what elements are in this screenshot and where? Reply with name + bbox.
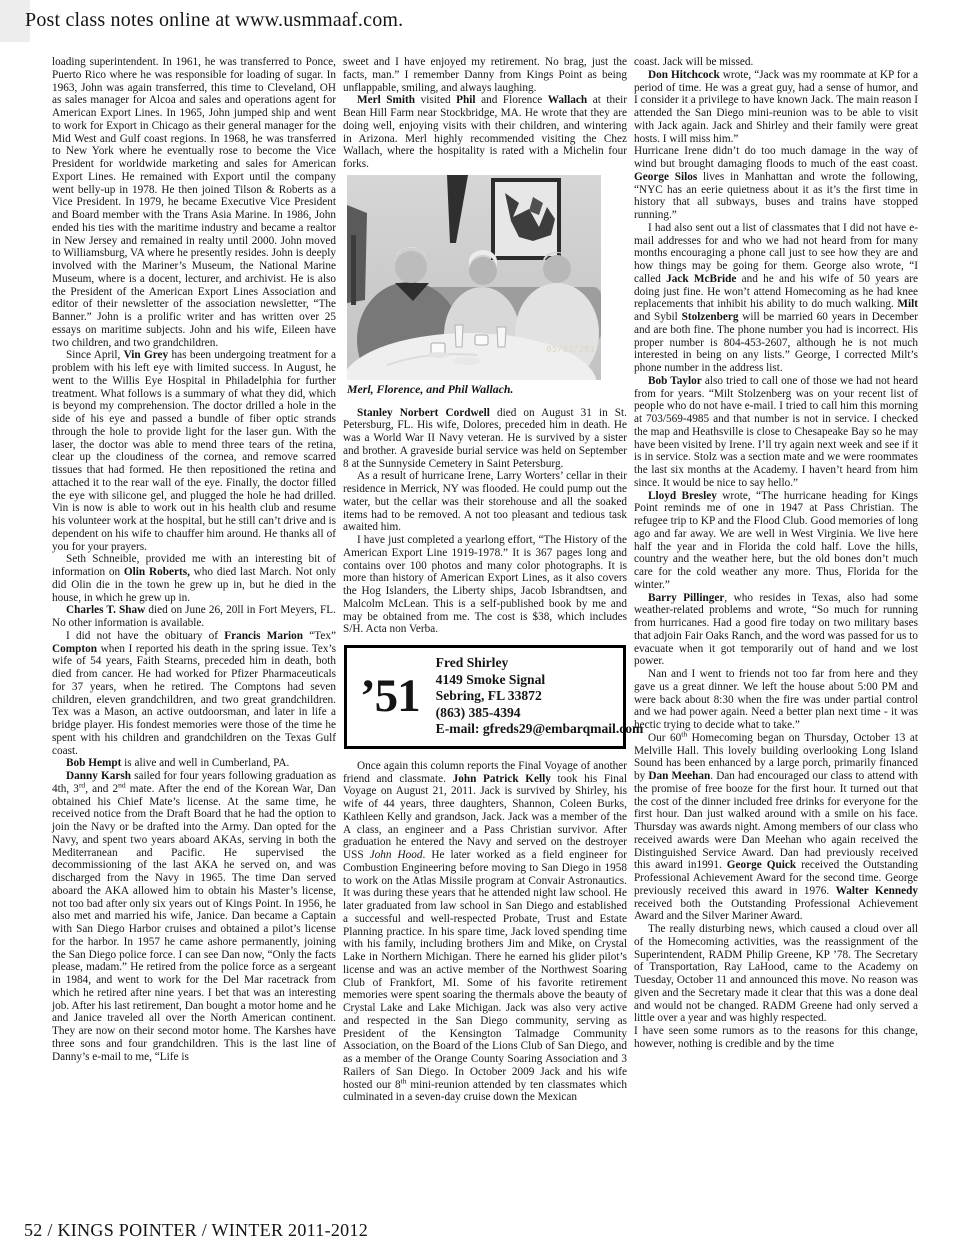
paragraph: Bob Hempt is alive and well in Cumberlan… bbox=[52, 757, 336, 770]
paragraph: The really disturbing news, which caused… bbox=[634, 923, 918, 1025]
class-year: ’51 bbox=[356, 674, 420, 719]
photo-timestamp: 05/01/201 bbox=[546, 345, 595, 355]
page-footer: 52 / KINGS POINTER / WINTER 2011-2012 bbox=[24, 1220, 368, 1241]
column-3: coast. Jack will be missed.Don Hitchcock… bbox=[634, 56, 918, 1104]
secretary-address-line1: 4149 Smoke Signal bbox=[436, 672, 644, 689]
paragraph: Once again this column reports the Final… bbox=[343, 760, 627, 1104]
paragraph: Danny Karsh sailed for four years follow… bbox=[52, 770, 336, 1063]
secretary-phone: (863) 385-4394 bbox=[436, 705, 644, 722]
paragraph: As a result of hurricane Irene, Larry Wo… bbox=[343, 470, 627, 534]
paragraph: Bob Taylor also tried to call one of tho… bbox=[634, 375, 918, 490]
paragraph: coast. Jack will be missed. bbox=[634, 56, 918, 69]
class-photo: 05/01/201 bbox=[347, 175, 601, 380]
class-secretary-contact: Fred Shirley 4149 Smoke Signal Sebring, … bbox=[436, 655, 644, 738]
column-1: loading superintendent. In 1961, he was … bbox=[52, 56, 336, 1104]
secretary-address-line2: Sebring, FL 33872 bbox=[436, 688, 644, 705]
article-columns: loading superintendent. In 1961, he was … bbox=[52, 56, 920, 1104]
secretary-name: Fred Shirley bbox=[436, 655, 644, 672]
column-2: sweet and I have enjoyed my retirement. … bbox=[343, 56, 627, 1104]
paragraph: sweet and I have enjoyed my retirement. … bbox=[343, 56, 627, 94]
paragraph: Merl Smith visited Phil and Florence Wal… bbox=[343, 94, 627, 171]
paragraph: Charles T. Shaw died on June 26, 20ll in… bbox=[52, 604, 336, 630]
paragraph: Stanley Norbert Cordwell died on August … bbox=[343, 407, 627, 471]
paragraph: loading superintendent. In 1961, he was … bbox=[52, 56, 336, 349]
photo-caption: Merl, Florence, and Phil Wallach. bbox=[347, 383, 627, 396]
paragraph: Lloyd Bresley wrote, “The hurricane head… bbox=[634, 490, 918, 592]
paragraph: Our 60th Homecoming began on Thursday, O… bbox=[634, 732, 918, 923]
paragraph: Nan and I went to friends not too far fr… bbox=[634, 668, 918, 732]
paragraph: I had also sent out a list of classmates… bbox=[634, 222, 918, 375]
paragraph: Barry Pillinger, who resides in Texas, a… bbox=[634, 592, 918, 669]
paragraph: Hurricane Irene didn’t do too much damag… bbox=[634, 145, 918, 222]
page-header: Post class notes online at www.usmmaaf.c… bbox=[25, 9, 403, 32]
paragraph: I did not have the obituary of Francis M… bbox=[52, 630, 336, 758]
paragraph: Don Hitchcock wrote, “Jack was my roomma… bbox=[634, 69, 918, 146]
paragraph: Seth Schneible, provided me with an inte… bbox=[52, 553, 336, 604]
secretary-email: E-mail: gfreds29@embarqmail.com bbox=[436, 721, 644, 738]
paragraph: I have just completed a yearlong effort,… bbox=[343, 534, 627, 636]
paragraph: I have seen some rumors as to the reason… bbox=[634, 1025, 918, 1051]
class-year-box: ’51 Fred Shirley 4149 Smoke Signal Sebri… bbox=[344, 645, 626, 749]
paragraph: Since April, Vin Grey has been undergoin… bbox=[52, 349, 336, 553]
photo-of-three-classmates: 05/01/201 bbox=[347, 175, 601, 380]
